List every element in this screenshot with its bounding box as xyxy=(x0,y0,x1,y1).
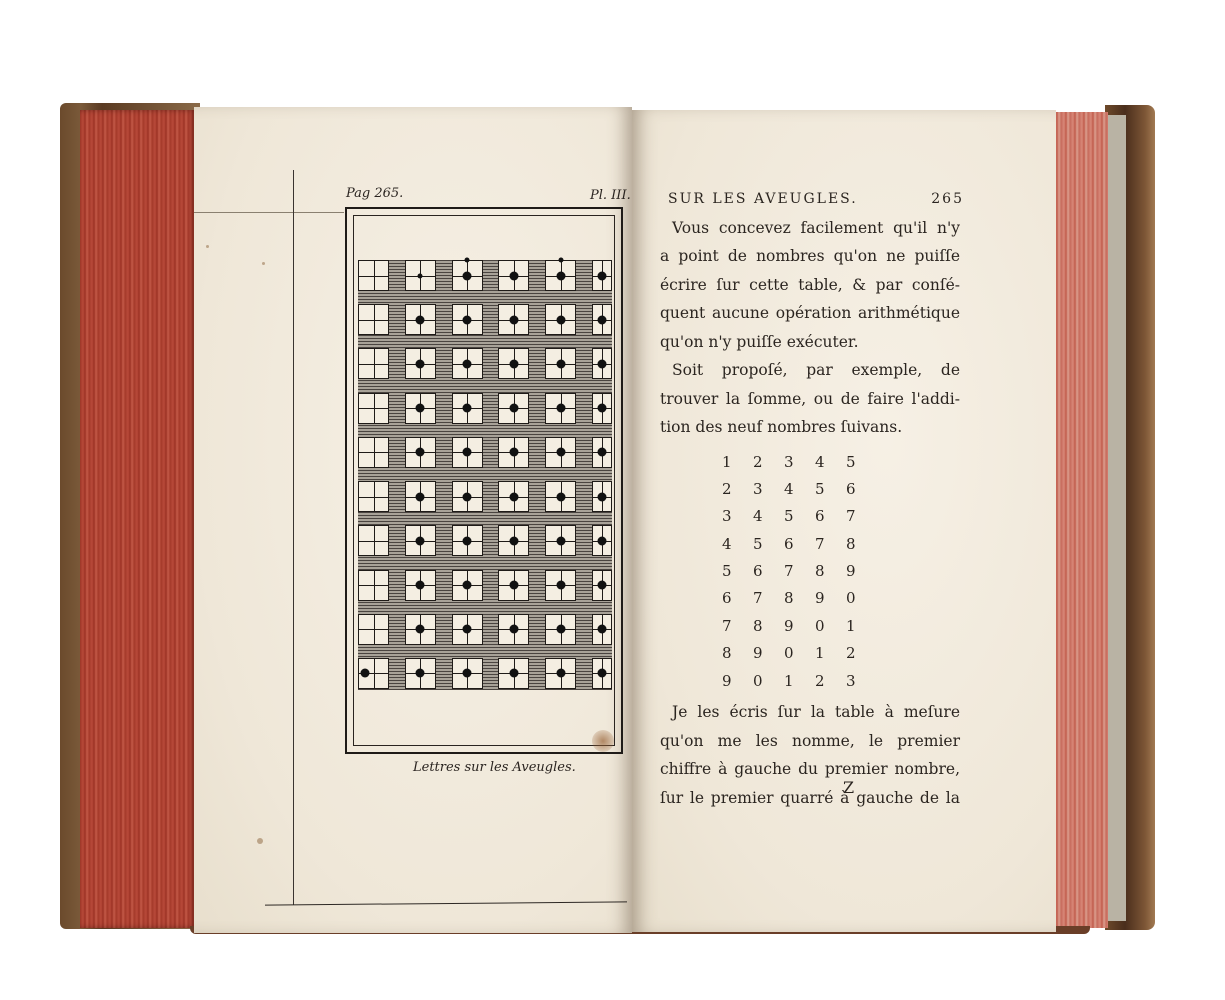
foxing-spot xyxy=(262,262,265,265)
text-line: ſur le premier quarré à gauche de la xyxy=(660,784,960,813)
digit: 0 xyxy=(753,667,784,694)
pin-icon xyxy=(556,359,565,368)
text-line: quent aucune opération arithmétique xyxy=(660,299,960,328)
plate-number: Pl. III. xyxy=(590,188,631,203)
number-row: 78901 xyxy=(722,612,960,639)
grid-square xyxy=(405,437,436,468)
grid-square xyxy=(498,614,529,645)
pin-icon xyxy=(416,492,425,501)
grid-square xyxy=(358,393,389,424)
grid-square xyxy=(545,614,576,645)
endpaper-edge-right xyxy=(1108,115,1126,921)
grid-square xyxy=(498,525,529,556)
grid-row xyxy=(358,304,612,336)
pin-icon xyxy=(556,536,565,545)
text-line: Vous concevez facilement qu'il n'y xyxy=(660,214,960,243)
pin-icon xyxy=(556,669,565,678)
digit: 1 xyxy=(784,667,815,694)
digit: 2 xyxy=(846,639,877,666)
digit: 9 xyxy=(846,557,877,584)
grid-row xyxy=(358,393,612,425)
pin-icon xyxy=(463,669,472,678)
pin-icon xyxy=(597,359,606,368)
open-book: Pag 265. Pl. III. Lettres sur les Aveugl… xyxy=(0,0,1225,1000)
grid-square xyxy=(498,658,529,689)
pin-icon xyxy=(597,669,606,678)
digit: 2 xyxy=(815,667,846,694)
grid-square xyxy=(592,481,612,512)
digit: 6 xyxy=(815,502,846,529)
text-line: Soit propoſé, par exemple, de xyxy=(660,356,960,385)
grid-square xyxy=(358,614,389,645)
digit: 6 xyxy=(784,530,815,557)
digit: 0 xyxy=(784,639,815,666)
pin-icon xyxy=(597,271,606,280)
digit: 7 xyxy=(753,584,784,611)
digit: 4 xyxy=(753,502,784,529)
pin-icon xyxy=(509,359,518,368)
grid-square xyxy=(592,437,612,468)
pin-icon xyxy=(463,404,472,413)
number-row: 45678 xyxy=(722,530,960,557)
digit: 5 xyxy=(846,448,877,475)
pin-icon xyxy=(556,581,565,590)
paragraph-3: Je les écris ſur la table à meſure qu'on… xyxy=(660,698,960,812)
digit: 9 xyxy=(753,639,784,666)
grid-square xyxy=(592,304,612,335)
plate-margin-rule-vertical xyxy=(293,170,294,905)
grid-square xyxy=(592,393,612,424)
grid-square xyxy=(405,304,436,335)
grid-square xyxy=(452,658,483,689)
signature-mark: Z xyxy=(843,778,854,797)
grid-row xyxy=(358,570,612,602)
grid-square xyxy=(545,658,576,689)
grid-square xyxy=(405,393,436,424)
text-line: Je les écris ſur la table à meſure xyxy=(660,698,960,727)
pin-icon xyxy=(416,448,425,457)
grid-square xyxy=(498,437,529,468)
grid-square xyxy=(592,614,612,645)
addition-numbers-table: 1234523456345674567856789678907890189012… xyxy=(722,448,960,695)
digit: 9 xyxy=(815,584,846,611)
digit: 1 xyxy=(846,612,877,639)
digit: 3 xyxy=(753,475,784,502)
digit: 0 xyxy=(815,612,846,639)
pin-icon xyxy=(509,404,518,413)
grid-square xyxy=(545,304,576,335)
grid-square xyxy=(405,658,436,689)
digit: 2 xyxy=(722,475,753,502)
pin-icon xyxy=(463,448,472,457)
digit: 2 xyxy=(753,448,784,475)
digit: 5 xyxy=(722,557,753,584)
grid-square xyxy=(498,481,529,512)
pin-icon xyxy=(465,258,470,263)
pin-icon xyxy=(509,581,518,590)
grid-square xyxy=(545,348,576,379)
grid-square xyxy=(452,481,483,512)
text-line: qu'on me les nomme, le premier xyxy=(660,727,960,756)
grid-square xyxy=(545,570,576,601)
digit: 7 xyxy=(815,530,846,557)
pin-icon xyxy=(509,669,518,678)
grid-square xyxy=(545,481,576,512)
grid-square xyxy=(498,570,529,601)
grid-square xyxy=(405,570,436,601)
pin-icon xyxy=(597,625,606,634)
pin-icon xyxy=(463,625,472,634)
running-head-title: SUR LES AVEUGLES. xyxy=(668,185,858,214)
digit: 8 xyxy=(846,530,877,557)
pin-icon xyxy=(418,273,423,278)
digit: 4 xyxy=(784,475,815,502)
pin-icon xyxy=(597,448,606,457)
grid-square xyxy=(498,304,529,335)
foxing-spot xyxy=(206,245,209,248)
pin-icon xyxy=(463,492,472,501)
pin-icon xyxy=(416,359,425,368)
plate-caption: Lettres sur les Aveugles. xyxy=(413,760,576,775)
page-number: 265 xyxy=(931,185,964,214)
text-line: écrire ſur cette table, & par conſé- xyxy=(660,271,960,300)
grid-square xyxy=(592,260,612,291)
pin-icon xyxy=(416,581,425,590)
foxing-stain xyxy=(592,730,614,752)
pin-icon xyxy=(597,581,606,590)
foxing-spot xyxy=(257,838,263,844)
pin-icon xyxy=(558,258,563,263)
grid-square xyxy=(592,525,612,556)
digit: 4 xyxy=(815,448,846,475)
pin-icon xyxy=(416,669,425,678)
grid-row xyxy=(358,614,612,646)
digit: 5 xyxy=(815,475,846,502)
digit: 5 xyxy=(753,530,784,557)
grid-row xyxy=(358,437,612,469)
digit: 7 xyxy=(846,502,877,529)
pin-icon xyxy=(556,492,565,501)
pin-icon xyxy=(416,315,425,324)
pin-icon xyxy=(509,492,518,501)
number-row: 89012 xyxy=(722,639,960,666)
grid-square xyxy=(452,525,483,556)
pin-icon xyxy=(416,625,425,634)
grid-square xyxy=(592,348,612,379)
digit: 3 xyxy=(846,667,877,694)
digit: 3 xyxy=(722,502,753,529)
grid-square xyxy=(545,260,576,291)
pin-icon xyxy=(509,448,518,457)
pin-icon xyxy=(556,625,565,634)
grid-square xyxy=(452,260,483,291)
number-row: 56789 xyxy=(722,557,960,584)
text-line: tion des neuf nombres ſuivans. xyxy=(660,413,960,442)
pin-icon xyxy=(556,404,565,413)
digit: 8 xyxy=(815,557,846,584)
grid-square xyxy=(498,260,529,291)
grid-row xyxy=(358,658,612,690)
grid-square xyxy=(358,658,389,689)
grid-square xyxy=(405,614,436,645)
grid-square xyxy=(452,437,483,468)
digit: 6 xyxy=(753,557,784,584)
number-row: 67890 xyxy=(722,584,960,611)
digit: 9 xyxy=(722,667,753,694)
paragraph-1: Vous concevez facilement qu'il n'y a poi… xyxy=(660,214,960,357)
plate-margin-rule-horizontal xyxy=(194,212,344,213)
grid-square xyxy=(592,570,612,601)
digit: 3 xyxy=(784,448,815,475)
pin-icon xyxy=(509,536,518,545)
running-head: SUR LES AVEUGLES. 265 xyxy=(668,185,964,214)
digit: 5 xyxy=(784,502,815,529)
grid-square xyxy=(498,348,529,379)
grid-square xyxy=(498,393,529,424)
pin-icon xyxy=(463,536,472,545)
pin-icon xyxy=(556,271,565,280)
grid-square xyxy=(358,570,389,601)
digit: 6 xyxy=(846,475,877,502)
grid-square xyxy=(452,304,483,335)
digit: 7 xyxy=(784,557,815,584)
calculating-table-grid xyxy=(358,260,612,690)
digit: 6 xyxy=(722,584,753,611)
pin-icon xyxy=(597,536,606,545)
text-line: trouver la ſomme, ou de faire l'addi- xyxy=(660,385,960,414)
grid-square xyxy=(405,525,436,556)
pin-icon xyxy=(597,315,606,324)
grid-square xyxy=(452,570,483,601)
grid-square xyxy=(358,260,389,291)
pin-icon xyxy=(416,536,425,545)
grid-square xyxy=(358,437,389,468)
pin-icon xyxy=(509,271,518,280)
grid-square xyxy=(545,525,576,556)
page-text: SUR LES AVEUGLES. 265 Vous concevez faci… xyxy=(660,185,960,812)
grid-row xyxy=(358,525,612,557)
pin-icon xyxy=(361,669,370,678)
grid-square xyxy=(545,393,576,424)
paragraph-2: Soit propoſé, par exemple, de trouver la… xyxy=(660,356,960,442)
digit: 4 xyxy=(722,530,753,557)
grid-square xyxy=(452,393,483,424)
digit: 8 xyxy=(753,612,784,639)
grid-square xyxy=(358,481,389,512)
digit: 0 xyxy=(846,584,877,611)
grid-row xyxy=(358,481,612,513)
digit: 8 xyxy=(722,639,753,666)
digit: 9 xyxy=(784,612,815,639)
digit: 1 xyxy=(722,448,753,475)
pin-icon xyxy=(509,625,518,634)
pin-icon xyxy=(463,581,472,590)
digit: 8 xyxy=(784,584,815,611)
red-page-edges-right xyxy=(1052,112,1108,928)
red-page-edges-left xyxy=(80,110,196,928)
grid-row xyxy=(358,260,612,292)
pin-icon xyxy=(597,404,606,413)
grid-square xyxy=(405,348,436,379)
pin-icon xyxy=(597,492,606,501)
grid-square xyxy=(358,304,389,335)
plate-page-reference: Pag 265. xyxy=(346,186,403,201)
text-line: qu'on n'y puiſſe exécuter. xyxy=(660,328,960,357)
pin-icon xyxy=(416,404,425,413)
grid-square xyxy=(358,348,389,379)
text-line: chiffre à gauche du premier nombre, xyxy=(660,755,960,784)
number-row: 34567 xyxy=(722,502,960,529)
number-row: 12345 xyxy=(722,448,960,475)
pin-icon xyxy=(463,359,472,368)
grid-row xyxy=(358,348,612,380)
digit: 1 xyxy=(815,639,846,666)
number-row: 23456 xyxy=(722,475,960,502)
grid-square xyxy=(545,437,576,468)
grid-square xyxy=(452,348,483,379)
text-line: a point de nombres qu'on ne puiſſe xyxy=(660,242,960,271)
pin-icon xyxy=(556,315,565,324)
pin-icon xyxy=(463,315,472,324)
grid-square xyxy=(405,481,436,512)
grid-square xyxy=(405,260,436,291)
grid-square xyxy=(358,525,389,556)
grid-square xyxy=(592,658,612,689)
number-row: 90123 xyxy=(722,667,960,694)
pin-icon xyxy=(463,271,472,280)
grid-square xyxy=(452,614,483,645)
pin-icon xyxy=(556,448,565,457)
digit: 7 xyxy=(722,612,753,639)
pin-icon xyxy=(509,315,518,324)
